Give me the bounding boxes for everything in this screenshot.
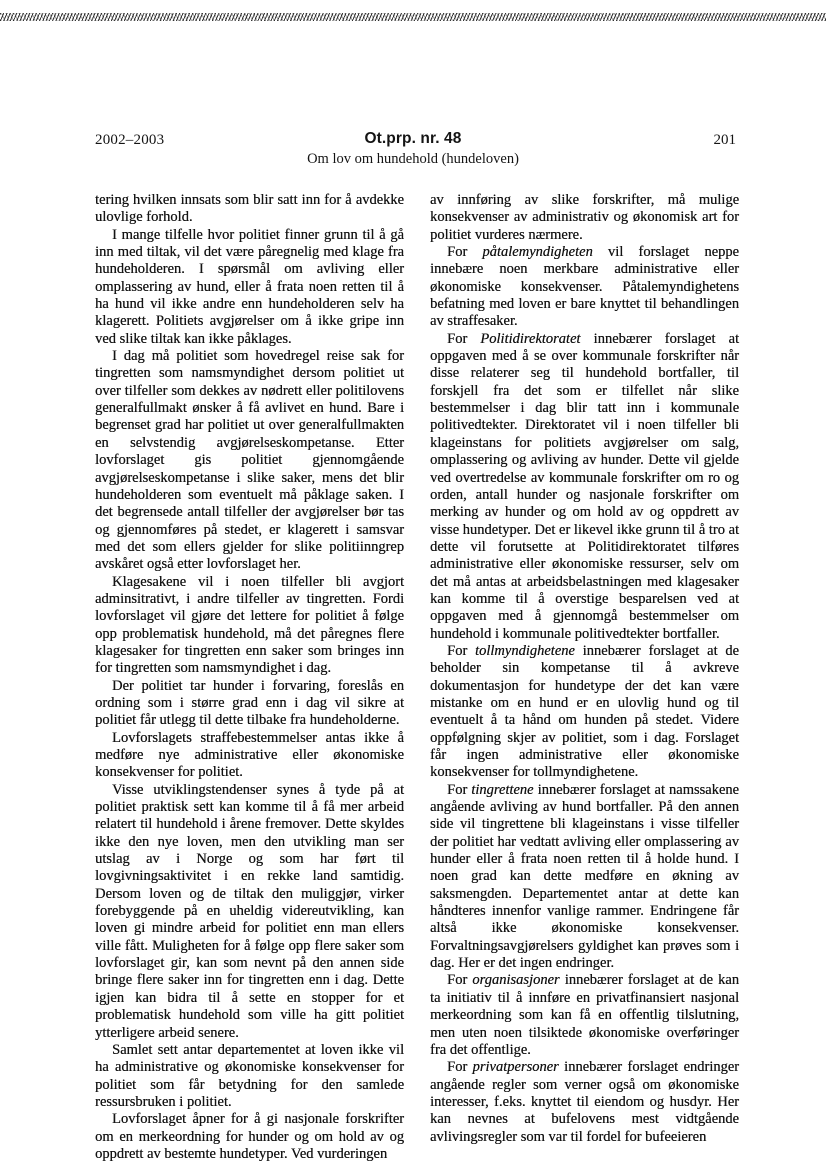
paragraph: Samlet sett antar departementet at loven… — [95, 1042, 404, 1111]
paragraph-text: Visse utviklingstendenser synes å tyde p… — [95, 782, 404, 1041]
paragraph: For Politidirektoratet innebærer forslag… — [430, 331, 739, 643]
paragraph: For tingrettene innebærer forslaget at n… — [430, 782, 739, 973]
paragraph: Visse utviklingstendenser synes å tyde p… — [95, 782, 404, 1042]
paragraph-text: I mange tilfelle hvor politiet finner gr… — [95, 227, 404, 347]
paragraph-text: innebærer forslaget at oppgaven med å se… — [430, 331, 739, 642]
paragraph-text: Klagesakene vil i noen tilfeller bli avg… — [95, 574, 404, 677]
italic-term: tollmyndighetene — [475, 643, 575, 659]
paragraph-prefix: For — [447, 244, 482, 260]
paragraph: For privatpersoner innebærer forslaget e… — [430, 1059, 739, 1146]
paragraph-prefix: For — [447, 1059, 473, 1075]
paragraph-text: av innføring av slike forskrifter, må mu… — [430, 192, 739, 243]
right-column: av innføring av slike forskrifter, må mu… — [430, 192, 739, 1163]
paragraph: Lovforslagets straffebestemmelser antas … — [95, 730, 404, 782]
paragraph-text: I dag må politiet som hovedregel reise s… — [95, 348, 404, 572]
paragraph-text: innebærer forslaget at namssakene angåen… — [430, 782, 739, 971]
italic-term: påtalemyndigheten — [482, 244, 592, 260]
left-column: tering hvilken innsats som blir satt inn… — [95, 192, 404, 1163]
paragraph: Der politiet tar hunder i forvaring, for… — [95, 678, 404, 730]
paragraph: For påtalemyndigheten vil forslaget nepp… — [430, 244, 739, 331]
italic-term: Politidirektoratet — [480, 331, 580, 347]
document-page: { "header": { "session": "2002–2003", "t… — [0, 0, 826, 1169]
paragraph: av innføring av slike forskrifter, må mu… — [430, 192, 739, 244]
paragraph-prefix: For — [447, 782, 471, 798]
paragraph: For tollmyndighetene innebærer forslaget… — [430, 643, 739, 782]
document-subtitle: Om lov om hundehold (hundeloven) — [0, 151, 826, 168]
italic-term: privatpersoner — [473, 1059, 559, 1075]
paragraph-text: tering hvilken innsats som blir satt inn… — [95, 192, 404, 225]
italic-term: organisasjoner — [472, 972, 559, 988]
paragraph: tering hvilken innsats som blir satt inn… — [95, 192, 404, 227]
paragraph: I dag må politiet som hovedregel reise s… — [95, 348, 404, 573]
header-center: Ot.prp. nr. 48 Om lov om hundehold (hund… — [0, 130, 826, 168]
paragraph-text: Samlet sett antar departementet at loven… — [95, 1042, 404, 1110]
paragraph-text: innebærer forslaget at de beholder sin k… — [430, 643, 739, 780]
page-number: 201 — [714, 132, 737, 149]
paragraph-prefix: For — [447, 972, 472, 988]
document-title: Ot.prp. nr. 48 — [0, 130, 826, 148]
paragraph-text: Lovforslaget åpner for å gi nasjonale fo… — [95, 1111, 404, 1162]
paragraph: Klagesakene vil i noen tilfeller bli avg… — [95, 574, 404, 678]
paragraph: I mange tilfelle hvor politiet finner gr… — [95, 227, 404, 348]
paragraph-prefix: For — [447, 643, 475, 659]
paragraph-prefix: For — [447, 331, 480, 347]
scan-artifact-band — [0, 13, 826, 21]
paragraph-text: Lovforslagets straffebestemmelser antas … — [95, 730, 404, 781]
paragraph-text: Der politiet tar hunder i forvaring, for… — [95, 678, 404, 729]
paragraph: For organisasjoner innebærer forslaget a… — [430, 972, 739, 1059]
text-columns: tering hvilken innsats som blir satt inn… — [95, 192, 739, 1163]
paragraph: Lovforslaget åpner for å gi nasjonale fo… — [95, 1111, 404, 1163]
italic-term: tingrettene — [471, 782, 533, 798]
